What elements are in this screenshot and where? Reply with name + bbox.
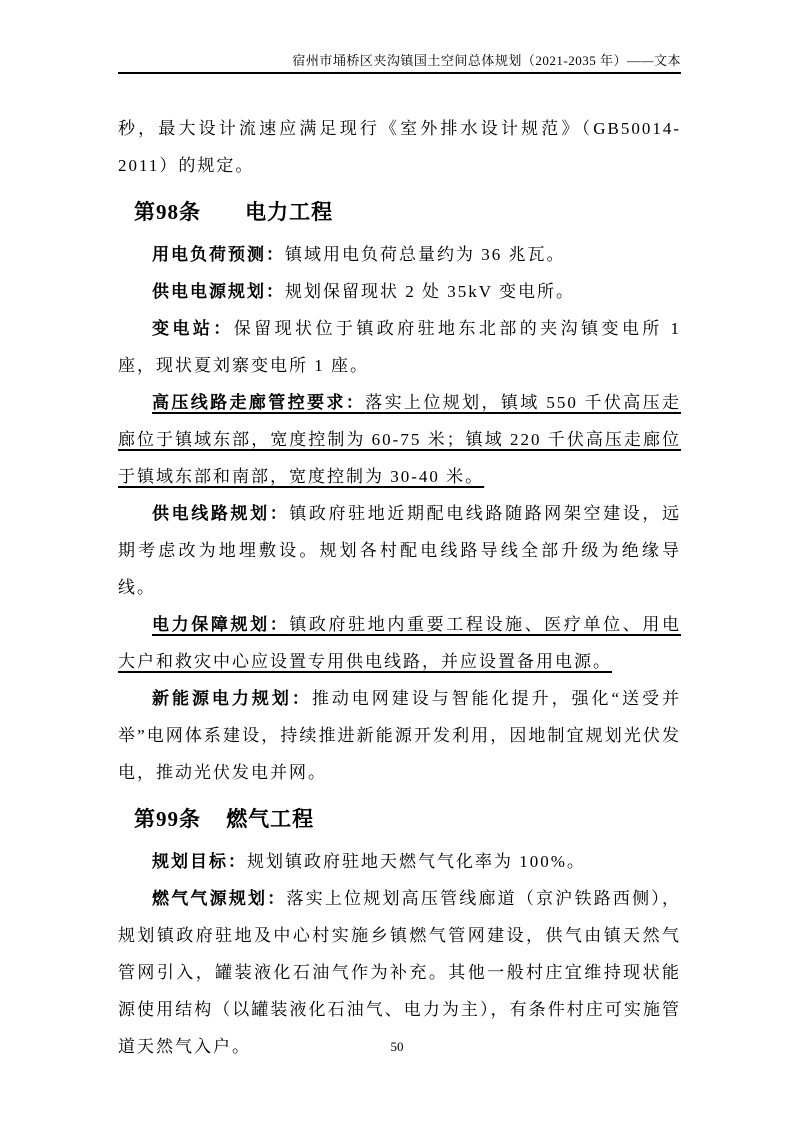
paragraph-text: 规划保留现状 2 处 35kV 变电所。 xyxy=(285,282,575,301)
paragraph-power-supply-source-plan: 供电电源规划：规划保留现状 2 处 35kV 变电所。 xyxy=(118,273,681,310)
paragraph-lead: 新能源电力规划： xyxy=(152,689,312,708)
document-page: 宿州市埇桥区夹沟镇国土空间总体规划（2021-2035 年）——文本 秒，最大设… xyxy=(0,0,794,1123)
paragraph-text: 规划镇政府驻地天燃气气化率为 100%。 xyxy=(247,852,586,871)
paragraph-hv-corridor-control: 高压线路走廊管控要求：落实上位规划，镇域 550 千伏高压走廊位于镇域东部，宽度… xyxy=(118,384,681,495)
section-title: 电力工程 xyxy=(245,200,333,224)
paragraph-text: 落实上位规划高压管线廊道（京沪铁路西侧），规划镇政府驻地及中心村实施乡镇燃气管网… xyxy=(118,889,681,1056)
paragraph-substation: 变电站：保留现状位于镇政府驻地东北部的夹沟镇变电所 1 座，现状夏刘寨变电所 1… xyxy=(118,310,681,384)
paragraph-lead: 电力保障规划： xyxy=(152,615,289,634)
paragraph-lead: 变电站： xyxy=(152,319,234,338)
paragraph-lead: 规划目标： xyxy=(152,852,247,871)
paragraph-power-security-plan: 电力保障规划：镇政府驻地内重要工程设施、医疗单位、用电大户和救灾中心应设置专用供… xyxy=(118,606,681,680)
section-number: 第99条 xyxy=(134,807,201,831)
section-number: 第98条 xyxy=(134,200,201,224)
paragraph-new-energy-power-plan: 新能源电力规划：推动电网建设与智能化提升，强化“送受并举”电网体系建设，持续推进… xyxy=(118,680,681,791)
paragraph-gas-planning-goal: 规划目标：规划镇政府驻地天燃气气化率为 100%。 xyxy=(118,843,681,880)
paragraph-electric-load-forecast: 用电负荷预测：镇域用电负荷总量约为 36 兆瓦。 xyxy=(118,236,681,273)
paragraph-lead: 燃气气源规划： xyxy=(152,889,286,908)
paragraph-lead: 高压线路走廊管控要求： xyxy=(152,393,365,412)
section-heading-article-99: 第99条燃气工程 xyxy=(118,803,681,835)
document-content: 秒，最大设计流速应满足现行《室外排水设计规范》（GB50014-2011）的规定… xyxy=(118,74,681,1065)
page-footer: 50 xyxy=(0,1038,794,1056)
paragraph-lead: 供电线路规划： xyxy=(152,504,289,523)
paragraph-continuation: 秒，最大设计流速应满足现行《室外排水设计规范》（GB50014-2011）的规定… xyxy=(118,110,681,184)
header-title: 宿州市埇桥区夹沟镇国土空间总体规划（2021-2035 年）——文本 xyxy=(118,52,681,69)
page-number: 50 xyxy=(391,1039,404,1054)
paragraph-lead: 供电电源规划： xyxy=(152,282,285,301)
section-title: 燃气工程 xyxy=(226,807,314,831)
paragraph-lead: 用电负荷预测： xyxy=(152,245,285,264)
paragraph-text: 镇域用电负荷总量约为 36 兆瓦。 xyxy=(285,245,566,264)
page-header: 宿州市埇桥区夹沟镇国土空间总体规划（2021-2035 年）——文本 xyxy=(118,0,681,74)
paragraph-power-line-plan: 供电线路规划：镇政府驻地近期配电线路随路网架空建设，远期考虑改为地埋敷设。规划各… xyxy=(118,495,681,606)
section-heading-article-98: 第98条电力工程 xyxy=(118,196,681,228)
